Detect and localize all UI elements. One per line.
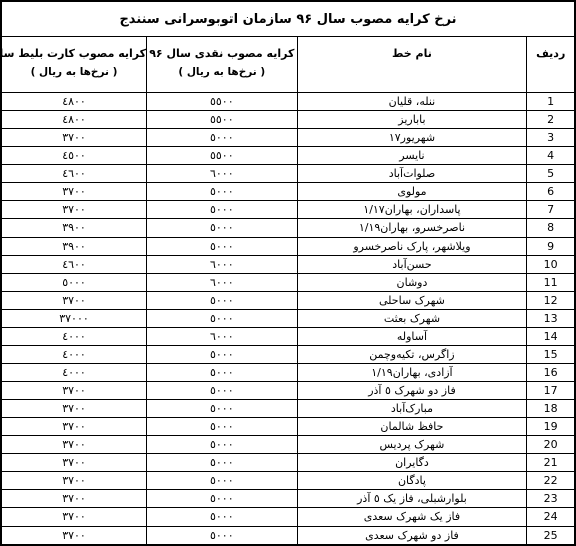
table-row: 13شهرک بعثت٥٠٠٠٣٧٠٠٠ [1,309,575,327]
fare-table: نرخ کرایه مصوب سال ۹۶ سازمان اتوبوسرانی … [0,0,576,546]
line-name-cell: صلوات‌آباد [297,165,527,183]
row-number-cell: 2 [527,111,575,129]
row-number-cell: 6 [527,183,575,201]
cash-fare-cell: ٥٠٠٠ [147,183,298,201]
line-name-cell: آساوله [297,327,527,345]
card-fare-cell: ٣٧٠٠ [1,526,147,545]
cash-fare-cell: ٥٠٠٠ [147,129,298,147]
table-row: 9ویلاشهر، پارک ناصرخسرو٥٠٠٠٣٩٠٠ [1,237,575,255]
cash-fare-cell: ٥٥٠٠ [147,147,298,165]
row-number-cell: 18 [527,400,575,418]
header-cash-fare-label: کرایه مصوب نقدی سال ۹۶ [149,47,294,60]
header-cash-fare: کرایه مصوب نقدی سال ۹۶( نرخ‌ها به ریال ) [147,37,298,93]
card-fare-cell: ٤٨٠٠ [1,111,147,129]
line-name-cell: دوشان [297,273,527,291]
line-name-cell: حسن‌آباد [297,255,527,273]
row-number-cell: 19 [527,418,575,436]
line-name-cell: دگایران [297,454,527,472]
line-name-cell: شهرک پردیس [297,436,527,454]
cash-fare-cell: ٥٠٠٠ [147,508,298,526]
cash-fare-cell: ٥٠٠٠ [147,363,298,381]
card-fare-cell: ٥٠٠٠ [1,273,147,291]
fare-table-body: نرخ کرایه مصوب سال ۹۶ سازمان اتوبوسرانی … [1,1,575,545]
table-row: 7پاسداران، بهاران١/١٧٥٠٠٠٣٧٠٠ [1,201,575,219]
table-row: 22پادگان٥٠٠٠٣٧٠٠ [1,472,575,490]
card-fare-cell: ٤٠٠٠ [1,363,147,381]
card-fare-cell: ٤٠٠٠ [1,327,147,345]
cash-fare-cell: ٦٠٠٠ [147,255,298,273]
card-fare-cell: ٤٦٠٠ [1,165,147,183]
card-fare-cell: ٣٧٠٠ [1,400,147,418]
line-name-cell: مولوی [297,183,527,201]
row-number-cell: 21 [527,454,575,472]
card-fare-cell: ٣٧٠٠ [1,472,147,490]
table-row: 10حسن‌آباد٦٠٠٠٤٦٠٠ [1,255,575,273]
row-number-cell: 22 [527,472,575,490]
card-fare-cell: ٣٧٠٠ [1,508,147,526]
cash-fare-cell: ٥٠٠٠ [147,201,298,219]
line-name-cell: پاسداران، بهاران١/١٧ [297,201,527,219]
header-card-fare-label: کرایه مصوب کارت بلیط سال ۹۶ [1,47,146,60]
header-card-fare: کرایه مصوب کارت بلیط سال ۹۶( نرخ‌ها به ر… [1,37,147,93]
line-name-cell: شهرک بعثت [297,309,527,327]
line-name-cell: ننله، قلیان [297,93,527,111]
table-row: 19حافظ شالمان٥٠٠٠٣٧٠٠ [1,418,575,436]
row-number-cell: 7 [527,201,575,219]
line-name-cell: باباریز [297,111,527,129]
cash-fare-cell: ٥٠٠٠ [147,436,298,454]
line-name-cell: بلوارشبلی، فاز یک ٥ آذر [297,490,527,508]
header-line-name: نام خط [297,37,527,93]
cash-fare-cell: ٥٠٠٠ [147,472,298,490]
row-number-cell: 16 [527,363,575,381]
card-fare-cell: ٤٨٠٠ [1,93,147,111]
cash-fare-cell: ٦٠٠٠ [147,273,298,291]
line-name-cell: مبارک‌آباد [297,400,527,418]
table-row: 18مبارک‌آباد٥٠٠٠٣٧٠٠ [1,400,575,418]
table-row: 8ناصرخسرو، بهاران١/١٩٥٠٠٠٣٩٠٠ [1,219,575,237]
row-number-cell: 24 [527,508,575,526]
table-row: 2باباریز٥٥٠٠٤٨٠٠ [1,111,575,129]
card-fare-cell: ٣٧٠٠ [1,201,147,219]
cash-fare-cell: ٥٠٠٠ [147,490,298,508]
table-row: 24فاز یک شهرک سعدی٥٠٠٠٣٧٠٠ [1,508,575,526]
card-fare-cell: ٤٥٠٠ [1,147,147,165]
line-name-cell: فاز دو شهرک ٥ آذر [297,382,527,400]
row-number-cell: 23 [527,490,575,508]
title-row: نرخ کرایه مصوب سال ۹۶ سازمان اتوبوسرانی … [1,1,575,37]
row-number-cell: 13 [527,309,575,327]
line-name-cell: ویلاشهر، پارک ناصرخسرو [297,237,527,255]
table-row: 1ننله، قلیان٥٥٠٠٤٨٠٠ [1,93,575,111]
row-number-cell: 8 [527,219,575,237]
cash-fare-cell: ٥٠٠٠ [147,237,298,255]
card-fare-cell: ٣٩٠٠ [1,237,147,255]
line-name-cell: فاز یک شهرک سعدی [297,508,527,526]
table-row: 25فاز دو شهرک سعدی٥٠٠٠٣٧٠٠ [1,526,575,545]
card-fare-cell: ٣٧٠٠ [1,291,147,309]
card-fare-cell: ٣٩٠٠ [1,219,147,237]
cash-fare-cell: ٥٠٠٠ [147,345,298,363]
card-fare-cell: ٤٦٠٠ [1,255,147,273]
line-name-cell: آزادی، بهاران١/١٩ [297,363,527,381]
table-row: 12شهرک ساحلی٥٠٠٠٣٧٠٠ [1,291,575,309]
card-fare-cell: ٣٧٠٠ [1,436,147,454]
cash-fare-cell: ٥٠٠٠ [147,219,298,237]
card-fare-cell: ٣٧٠٠ [1,382,147,400]
row-number-cell: 12 [527,291,575,309]
table-row: 17فاز دو شهرک ٥ آذر٥٠٠٠٣٧٠٠ [1,382,575,400]
row-number-cell: 25 [527,526,575,545]
cash-fare-cell: ٥٠٠٠ [147,309,298,327]
table-row: 20شهرک پردیس٥٠٠٠٣٧٠٠ [1,436,575,454]
line-name-cell: زاگرس، تکیه‌وچمن [297,345,527,363]
card-fare-cell: ٣٧٠٠ [1,129,147,147]
header-card-unit-note: ( نرخ‌ها به ریال ) [2,63,146,82]
row-number-cell: 1 [527,93,575,111]
table-row: 4نایسر٥٥٠٠٤٥٠٠ [1,147,575,165]
row-number-cell: 5 [527,165,575,183]
card-fare-cell: ٣٧٠٠ [1,454,147,472]
table-row: 21دگایران٥٠٠٠٣٧٠٠ [1,454,575,472]
table-title: نرخ کرایه مصوب سال ۹۶ سازمان اتوبوسرانی … [1,1,575,37]
line-name-cell: شهرک ساحلی [297,291,527,309]
page: { "title": "نرخ کرایه مصوب سال ۹۶ سازمان… [0,0,576,546]
row-number-cell: 10 [527,255,575,273]
table-row: 16آزادی، بهاران١/١٩٥٠٠٠٤٠٠٠ [1,363,575,381]
table-row: 11دوشان٦٠٠٠٥٠٠٠ [1,273,575,291]
cash-fare-cell: ٥٠٠٠ [147,526,298,545]
line-name-cell: نایسر [297,147,527,165]
row-number-cell: 4 [527,147,575,165]
cash-fare-cell: ٥٠٠٠ [147,291,298,309]
line-name-cell: ناصرخسرو، بهاران١/١٩ [297,219,527,237]
line-name-cell: پادگان [297,472,527,490]
row-number-cell: 14 [527,327,575,345]
card-fare-cell: ٣٧٠٠ [1,418,147,436]
header-radif: ردیف [527,37,575,93]
card-fare-cell: ٣٧٠٠٠ [1,309,147,327]
row-number-cell: 17 [527,382,575,400]
line-name-cell: فاز دو شهرک سعدی [297,526,527,545]
row-number-cell: 15 [527,345,575,363]
table-row: 14آساوله٦٠٠٠٤٠٠٠ [1,327,575,345]
cash-fare-cell: ٥٠٠٠ [147,454,298,472]
card-fare-cell: ٣٧٠٠ [1,490,147,508]
cash-fare-cell: ٥٠٠٠ [147,400,298,418]
row-number-cell: 20 [527,436,575,454]
card-fare-cell: ٤٠٠٠ [1,345,147,363]
table-row: 15زاگرس، تکیه‌وچمن٥٠٠٠٤٠٠٠ [1,345,575,363]
row-number-cell: 3 [527,129,575,147]
line-name-cell: حافظ شالمان [297,418,527,436]
card-fare-cell: ٣٧٠٠ [1,183,147,201]
cash-fare-cell: ٥٥٠٠ [147,111,298,129]
line-name-cell: شهریور١٧ [297,129,527,147]
row-number-cell: 11 [527,273,575,291]
header-cash-unit-note: ( نرخ‌ها به ریال ) [147,63,297,82]
header-row: ردیف نام خط کرایه مصوب نقدی سال ۹۶( نرخ‌… [1,37,575,93]
table-row: 3شهریور١٧٥٠٠٠٣٧٠٠ [1,129,575,147]
row-number-cell: 9 [527,237,575,255]
table-row: 5صلوات‌آباد٦٠٠٠٤٦٠٠ [1,165,575,183]
table-row: 23بلوارشبلی، فاز یک ٥ آذر٥٠٠٠٣٧٠٠ [1,490,575,508]
cash-fare-cell: ٦٠٠٠ [147,327,298,345]
cash-fare-cell: ٦٠٠٠ [147,165,298,183]
cash-fare-cell: ٥٥٠٠ [147,93,298,111]
cash-fare-cell: ٥٠٠٠ [147,382,298,400]
table-row: 6مولوی٥٠٠٠٣٧٠٠ [1,183,575,201]
cash-fare-cell: ٥٠٠٠ [147,418,298,436]
